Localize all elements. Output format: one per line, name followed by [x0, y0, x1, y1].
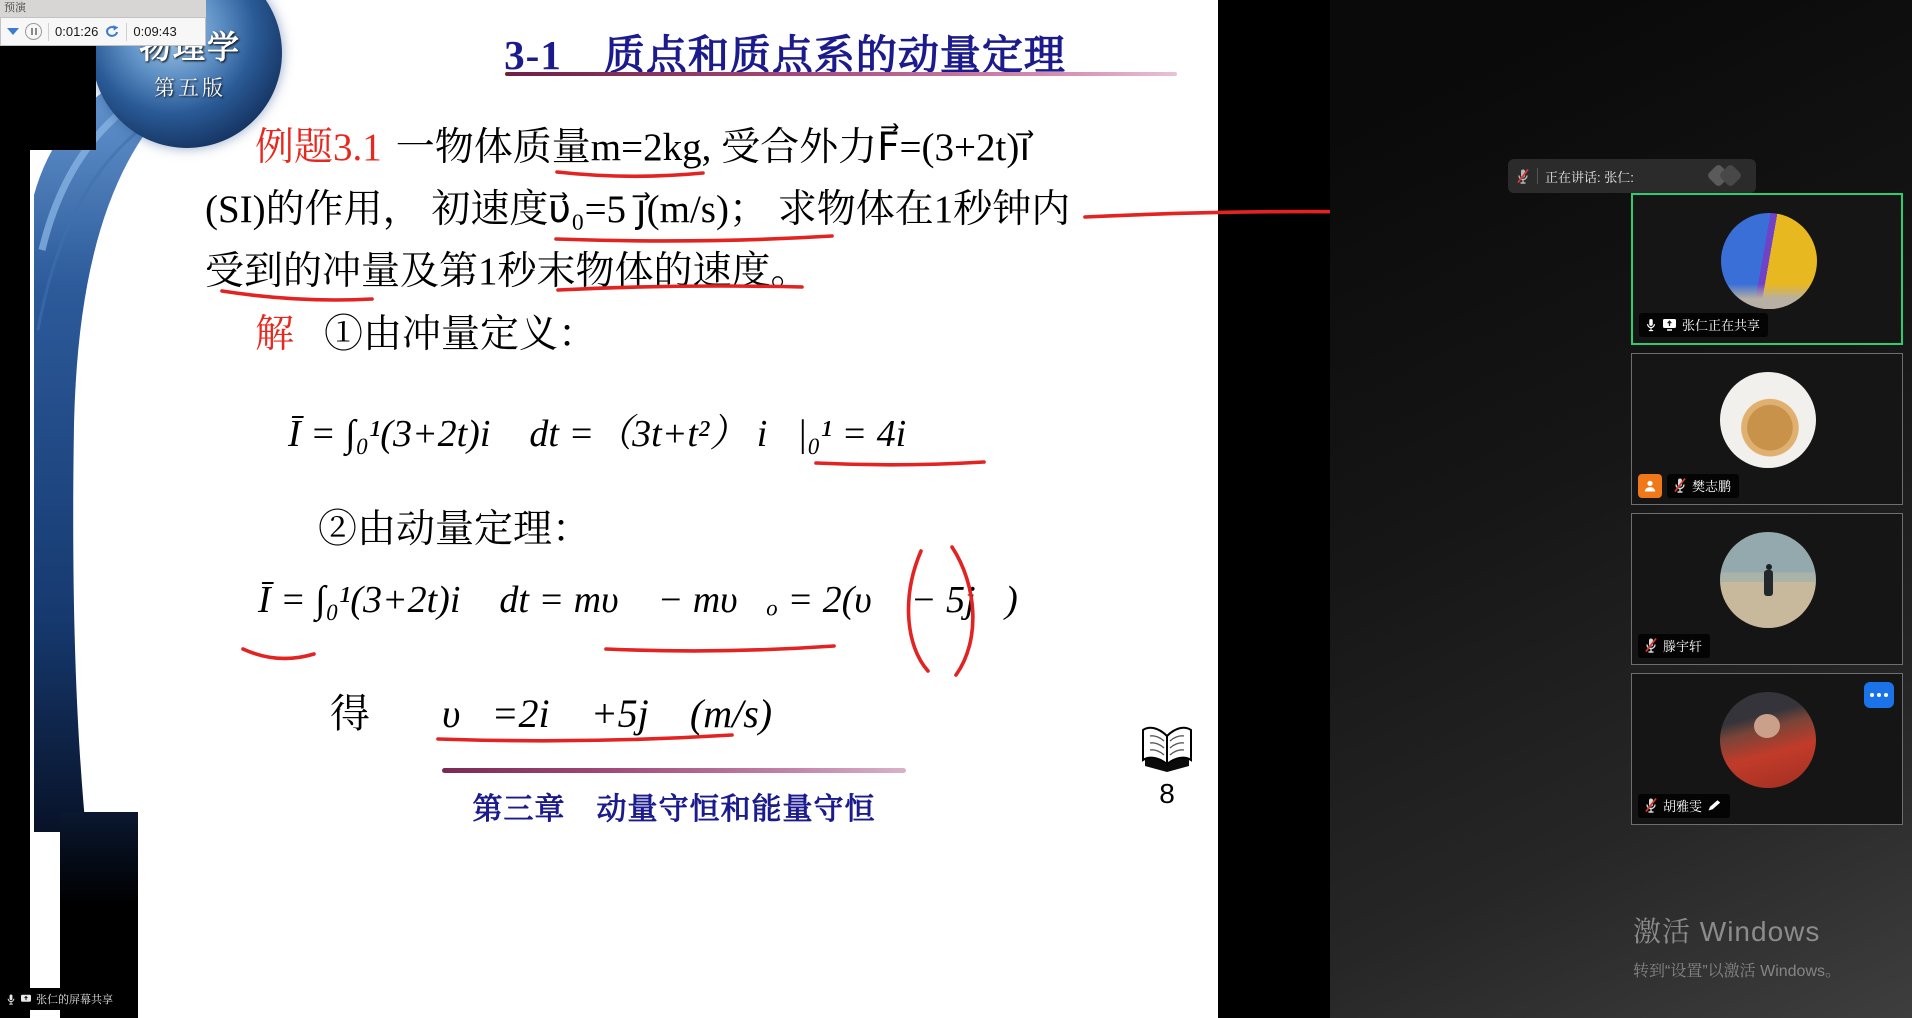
- participant-name-badge: 樊志鹏: [1667, 474, 1739, 498]
- mic-muted-icon: [1673, 477, 1687, 494]
- mic-muted-icon: [1644, 637, 1658, 654]
- more-options-button[interactable]: [1864, 682, 1894, 708]
- problem-line-3: 受到的冲量及第1秒末物体的速度。: [205, 240, 810, 296]
- problem-label: 例题3.1: [255, 126, 382, 169]
- pencil-icon: [1707, 799, 1722, 812]
- avatar: [1720, 692, 1816, 788]
- solve-label: 解: [255, 313, 294, 356]
- title-underline-rule: [505, 72, 1177, 76]
- momentum-theorem-equation: Ī = ∫₀¹(3+2t)i⃗ dt = mυ⃗ − mυ⃗ₒ = 2(υ⃗ −…: [258, 578, 1018, 622]
- meeting-panel-background: [1330, 0, 1912, 1018]
- page-number: 8: [1142, 778, 1192, 810]
- total-time: 0:09:43: [133, 24, 176, 39]
- elapsed-time: 0:01:26: [55, 24, 98, 39]
- participant-name-badge: 滕宇轩: [1638, 634, 1710, 658]
- avatar: [1721, 213, 1817, 309]
- solution-step1-heading: 解①由冲量定义：: [255, 303, 597, 359]
- watermark-line1: 激活 Windows: [1633, 910, 1841, 950]
- person-icon: [1643, 479, 1657, 493]
- screen-share-label: 张仁的屏幕共享: [36, 991, 113, 1007]
- speaking-banner-text: 正在讲话: 张仁:: [1545, 167, 1634, 186]
- step1-text: ①由冲量定义：: [324, 313, 597, 356]
- participant-tile[interactable]: 滕宇轩: [1631, 513, 1903, 665]
- screen-share-icon: [20, 994, 32, 1004]
- meeting-screen: 物理学 第五版 3-1 质点和质点系的动量定理 例题3.1一物体质量m=2kg,…: [0, 0, 1912, 1018]
- banner-divider: [1537, 168, 1538, 184]
- participant-name: 张仁正在共享: [1682, 315, 1760, 334]
- open-book-icon: [1138, 722, 1196, 774]
- participant-tile[interactable]: 胡雅雯: [1631, 673, 1903, 825]
- result-equation: υ⃗=2i⃗ +5j⃗ (m/s): [442, 691, 772, 736]
- mic-muted-icon: [1516, 168, 1530, 185]
- result-line: 得υ⃗=2i⃗ +5j⃗ (m/s): [330, 682, 772, 739]
- result-label: 得: [330, 691, 370, 736]
- footer-divider-rule: [442, 768, 906, 773]
- participant-name-badge: 张仁正在共享: [1639, 313, 1768, 337]
- avatar: [1720, 372, 1816, 468]
- participant-name: 樊志鹏: [1692, 476, 1731, 495]
- rehearsal-toolbar: 0:01:26 0:09:43: [0, 17, 206, 46]
- impulse-integral-equation: Ī = ∫₀¹(3+2t)i⃗ dt =（3t+t²） i⃗|₀¹ = 4i⃗: [288, 402, 936, 457]
- screen-share-icon: [1662, 318, 1677, 331]
- mic-on-icon: [6, 993, 16, 1006]
- textbook-edition: 第五版: [125, 72, 255, 102]
- toolbar-divider: [126, 23, 127, 41]
- repeat-icon[interactable]: [104, 24, 120, 39]
- participant-name: 滕宇轩: [1663, 636, 1702, 655]
- mic-on-icon: [1645, 317, 1657, 333]
- presenter-window-black-area: [0, 45, 96, 150]
- problem-line1-text: 一物体质量m=2kg, 受合外力F⃗=(3+2t)i⃗: [396, 126, 1030, 169]
- chevron-down-icon[interactable]: [7, 28, 19, 35]
- participant-name-badge: 胡雅雯: [1638, 794, 1730, 818]
- screen-share-status: 张仁的屏幕共享: [2, 988, 121, 1010]
- shared-slide: 物理学 第五版 3-1 质点和质点系的动量定理 例题3.1一物体质量m=2kg,…: [30, 0, 1218, 1018]
- presence-status-icon: [1638, 474, 1662, 498]
- avatar: [1720, 532, 1816, 628]
- rehearsal-titlebar: 预演: [0, 0, 206, 17]
- solution-step2-heading: ②由动量定理：: [318, 498, 591, 554]
- toolbar-divider: [48, 23, 49, 41]
- participant-name: 胡雅雯: [1663, 796, 1702, 815]
- watermark-line2: 转到“设置”以激活 Windows。: [1633, 958, 1841, 981]
- mic-muted-icon: [1644, 797, 1658, 814]
- participant-tile-presenter[interactable]: 张仁正在共享: [1631, 193, 1903, 345]
- pause-button[interactable]: [25, 23, 42, 40]
- problem-line-2: (SI)的作用， 初速度υ⃗₀=5 j⃗(m/s)； 求物体在1秒钟内: [205, 178, 1070, 234]
- speaking-banner: 正在讲话: 张仁:: [1508, 159, 1756, 193]
- windows-activation-watermark: 激活 Windows 转到“设置”以激活 Windows。: [1633, 910, 1841, 981]
- chapter-footer: 第三章 动量守恒和能量守恒: [442, 784, 906, 828]
- reaction-graphic: [1708, 164, 1748, 188]
- problem-line-1: 例题3.1一物体质量m=2kg, 受合外力F⃗=(3+2t)i⃗: [255, 116, 1030, 172]
- participant-tile[interactable]: 樊志鹏: [1631, 353, 1903, 505]
